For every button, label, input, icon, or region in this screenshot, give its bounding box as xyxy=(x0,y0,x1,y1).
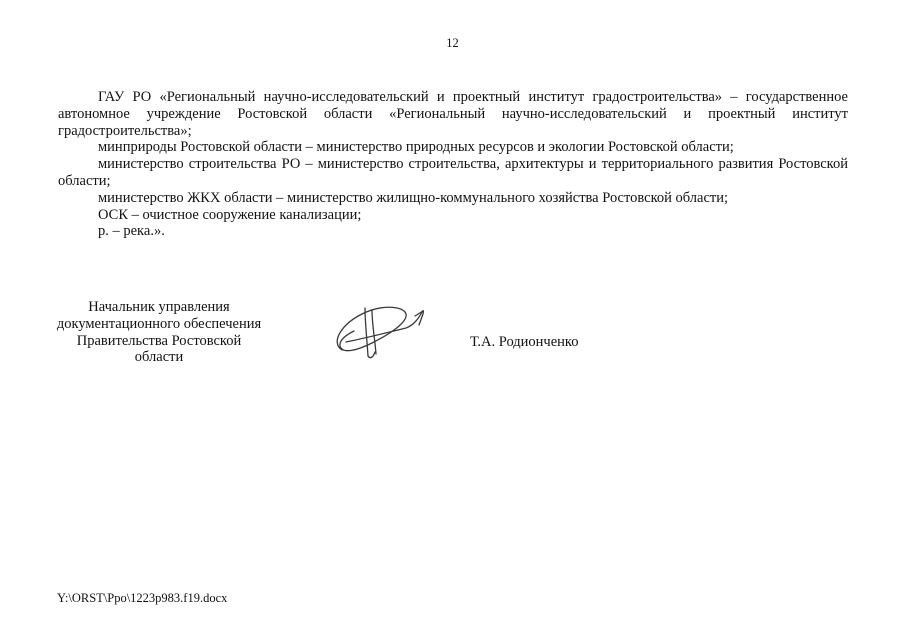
document-body: ГАУ РО «Региональный научно-исследовател… xyxy=(58,89,848,240)
footer-file-path: Y:\ORST\Ppo\1223p983.f19.docx xyxy=(57,591,227,606)
signer-title: Начальник управления документационного о… xyxy=(55,299,263,366)
document-page: 12 ГАУ РО «Региональный научно-исследова… xyxy=(0,0,905,640)
signer-title-line-2: документационного обеспечения xyxy=(55,316,263,333)
paragraph-definition-osk: ОСК – очистное сооружение канализации; xyxy=(58,207,848,224)
signer-name: Т.А. Родионченко xyxy=(470,334,578,351)
paragraph-definition-minstroy: министерство строительства РО – министер… xyxy=(58,156,848,190)
paragraph-definition-minprirody: минприроды Ростовской области – министер… xyxy=(58,139,848,156)
signer-title-line-3: Правительства Ростовской области xyxy=(55,333,263,367)
handwritten-signature-icon xyxy=(332,300,437,366)
paragraph-definition-gau-ro: ГАУ РО «Региональный научно-исследовател… xyxy=(58,89,848,139)
page-number: 12 xyxy=(0,36,905,51)
paragraph-definition-zhkh: министерство ЖКХ области – министерство … xyxy=(58,190,848,207)
paragraph-definition-reka: р. – река.». xyxy=(58,223,848,240)
signer-title-line-1: Начальник управления xyxy=(55,299,263,316)
